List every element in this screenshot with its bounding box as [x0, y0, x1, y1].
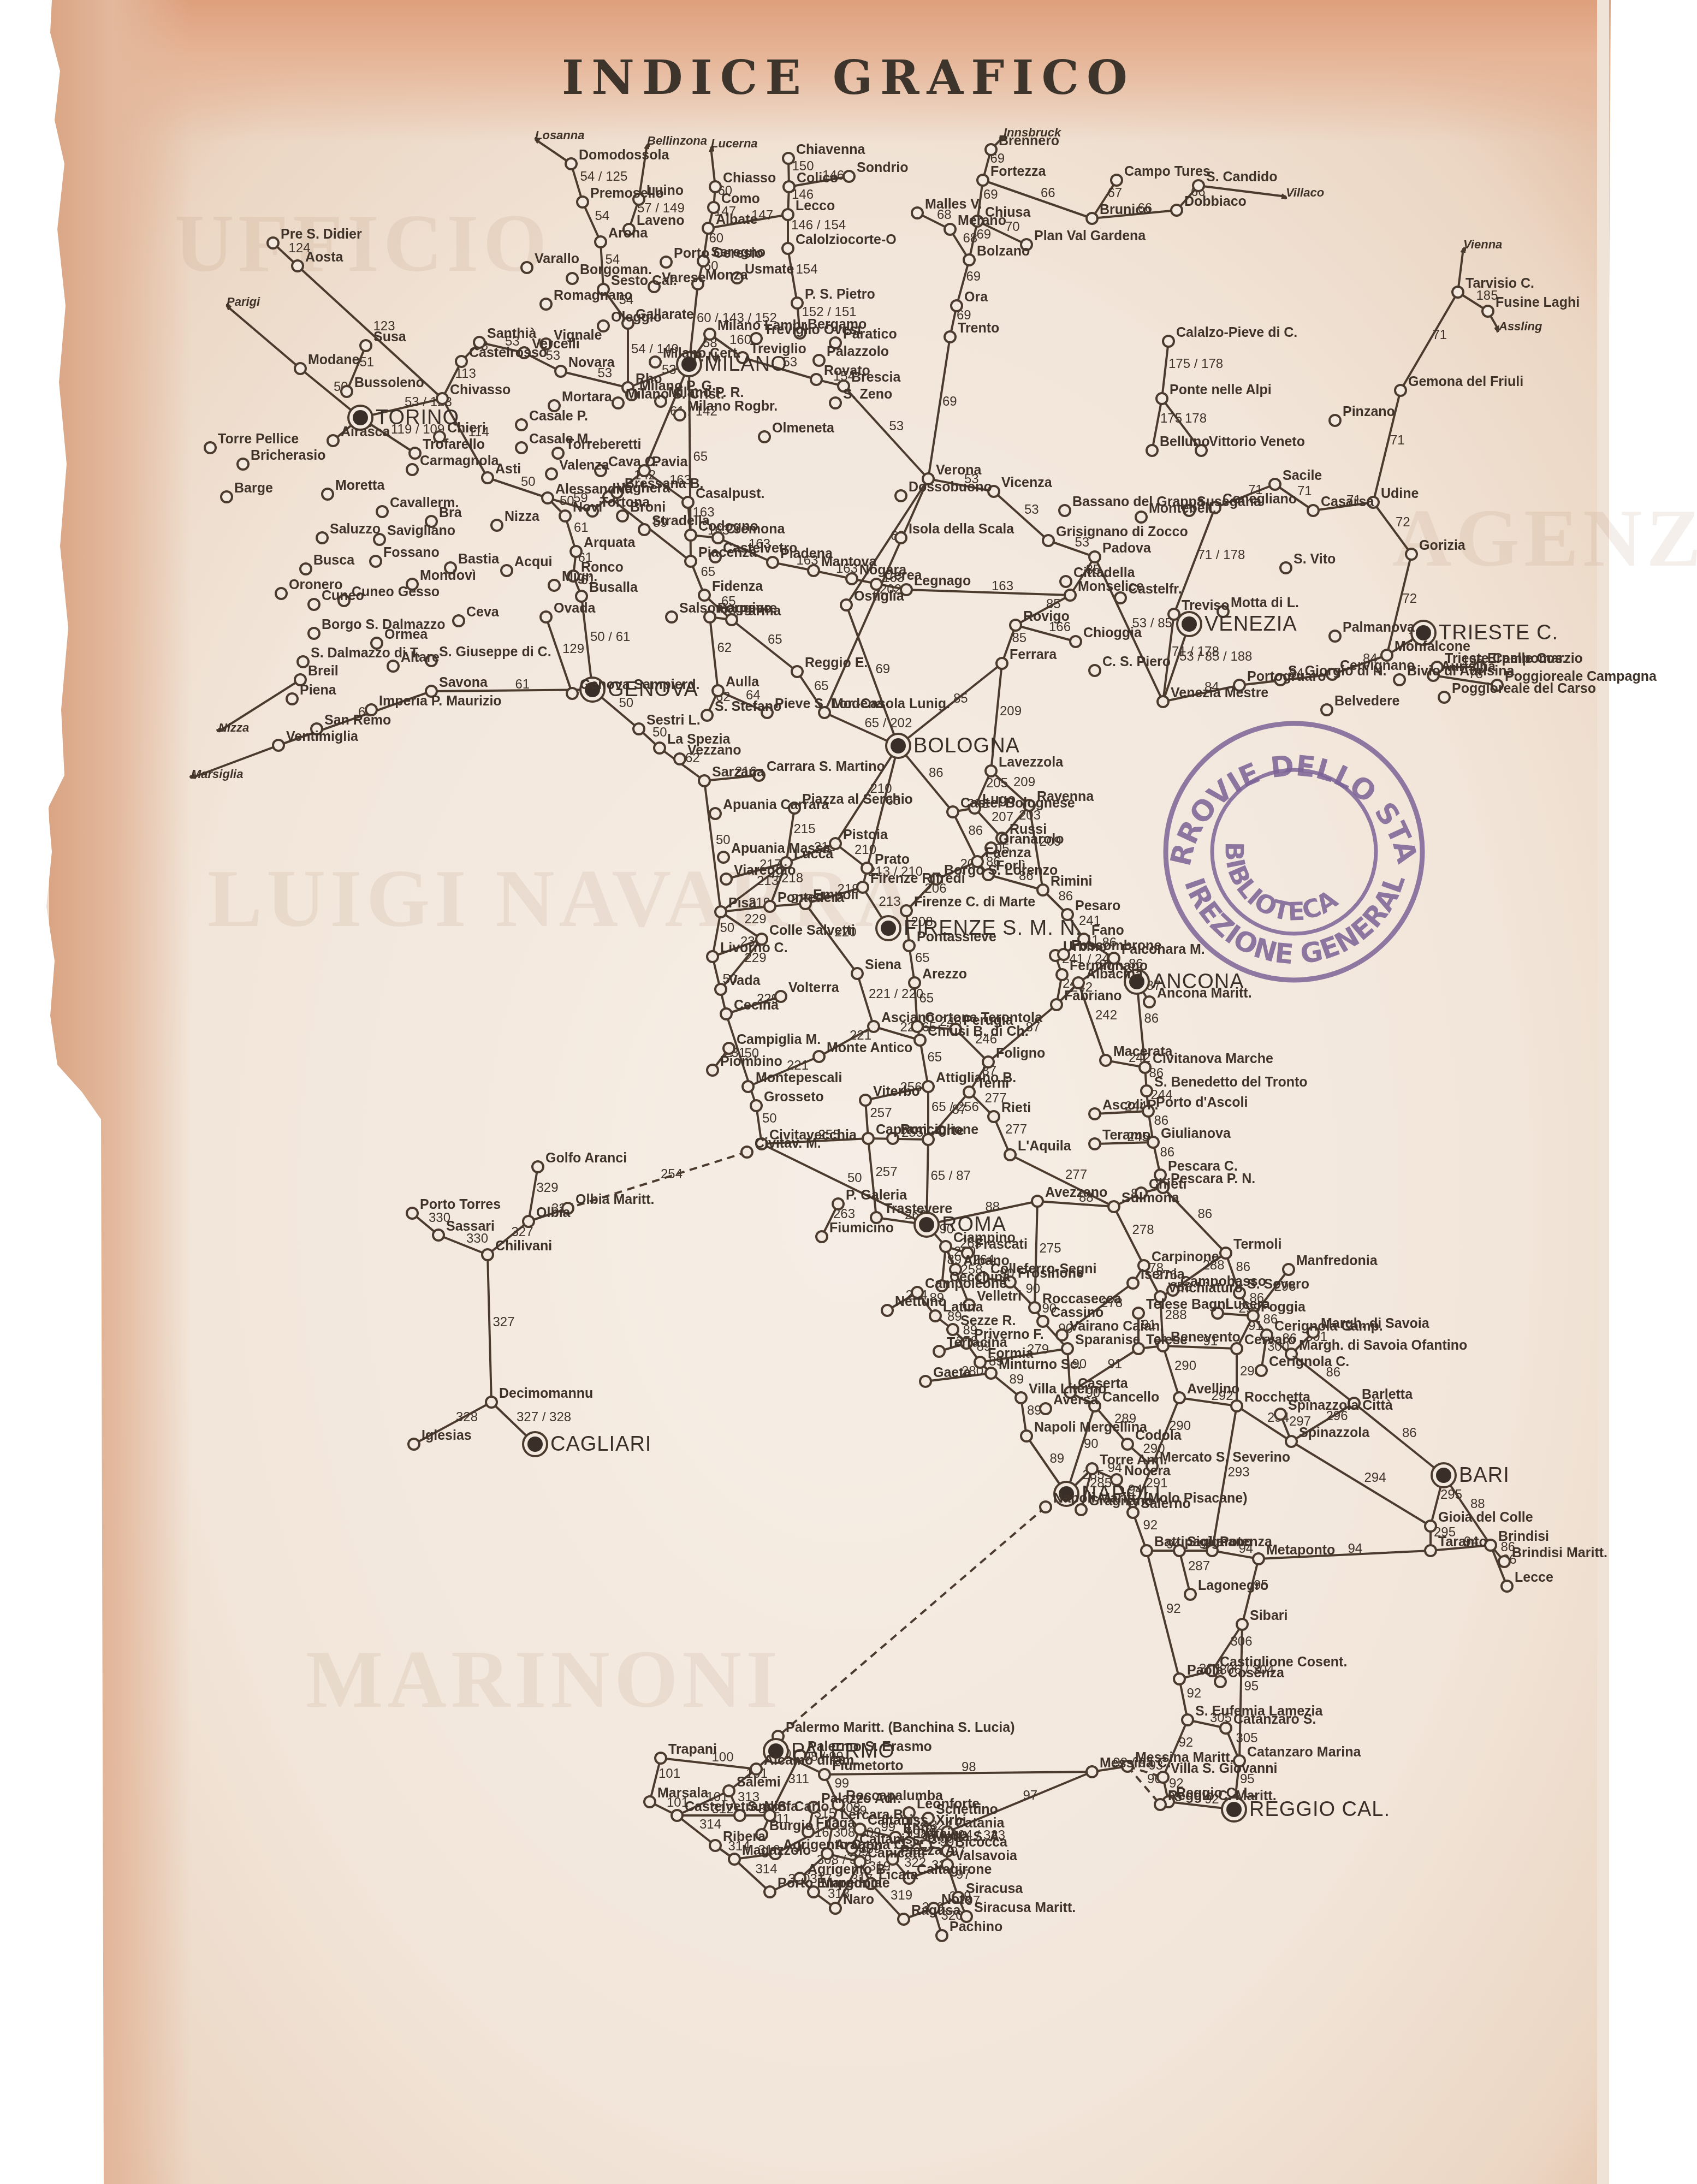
rail-line-spinazzola-gioia-del-colle	[1291, 1441, 1431, 1526]
station-node-termoli	[1220, 1248, 1231, 1259]
border-destination-label: Innsbruck	[1004, 126, 1062, 139]
station-node-pre-s-didier	[268, 238, 278, 248]
station-label: Frascati	[975, 1237, 1028, 1252]
line-number: 314	[756, 1862, 778, 1877]
line-number: 69	[942, 394, 957, 409]
station-node-foligno	[983, 1057, 994, 1067]
station-label: Venezia Mestre	[1171, 685, 1268, 701]
station-label: L'Aquila	[1018, 1138, 1072, 1154]
station-node-sezze-r	[947, 1324, 958, 1335]
station-label: Olbia	[536, 1205, 571, 1220]
station-label: Golfo Aranci	[545, 1150, 627, 1166]
line-number: 86	[1198, 1207, 1213, 1221]
station-node-piadena	[767, 557, 778, 568]
major-city-label-cagliari: CAGLIARI	[550, 1433, 651, 1456]
station-node-milano-s-crist	[613, 397, 624, 408]
station-label: Siracusa	[966, 1881, 1023, 1896]
line-number: 92	[1166, 1601, 1181, 1616]
station-label: Legnago	[914, 573, 971, 589]
station-label: Reggio E.	[805, 655, 868, 670]
station-node-napoli-maritt-molo-pisacane	[1040, 1501, 1051, 1512]
station-node-apuania-massa	[718, 852, 729, 863]
station-node-fossano	[370, 556, 381, 567]
line-number: 98	[962, 1760, 976, 1775]
station-label: Monza	[705, 268, 749, 283]
station-node-novi	[560, 511, 571, 521]
station-label: Fossombrone	[1071, 938, 1161, 953]
station-node-spinazzola-citt	[1275, 1409, 1286, 1420]
station-node-rovigo	[1010, 620, 1021, 631]
line-number: 50	[762, 1111, 777, 1126]
station-node-cerignola-c	[1256, 1365, 1267, 1376]
line-number: 275	[1040, 1241, 1061, 1256]
station-node-chivasso	[437, 393, 448, 404]
station-node-modane	[295, 363, 306, 374]
line-number: 72	[1396, 515, 1410, 530]
station-node-p-s-pietro	[792, 298, 803, 308]
station-node-formia	[975, 1357, 986, 1368]
station-node-naro	[830, 1903, 841, 1914]
station-node-l-aquila	[1005, 1149, 1016, 1160]
station-label: Barge	[234, 480, 273, 496]
station-label: Gemona del Friuli	[1408, 374, 1523, 389]
station-label: Palazzolo	[827, 344, 889, 359]
station-node-gaeta	[920, 1376, 931, 1387]
station-node-macerata	[1100, 1055, 1111, 1066]
station-node-cecina	[721, 1008, 732, 1019]
border-destination-label: Losanna	[535, 128, 584, 142]
station-label: Laveno	[637, 213, 685, 228]
station-label: Minturno Sc.	[999, 1357, 1081, 1372]
line-number: 70	[1005, 219, 1020, 234]
station-node-albate	[703, 223, 714, 234]
station-node-romagnano	[541, 299, 551, 310]
station-node-colico	[784, 181, 794, 192]
station-node-belvedere	[1321, 704, 1332, 715]
station-label: S. Stefano	[715, 699, 781, 714]
station-node-bassano-del-grappa	[1059, 505, 1070, 516]
station-label: Belvedere	[1334, 693, 1400, 709]
station-node-livorno-c	[707, 951, 718, 962]
station-label: Sezze R.	[960, 1313, 1016, 1328]
major-city-label-venezia: VENEZIA	[1204, 613, 1297, 636]
station-node-nizza	[491, 520, 502, 531]
station-label: Brindisi Maritt.	[1512, 1545, 1607, 1560]
station-node-iglesias	[408, 1439, 419, 1450]
border-destination-label: Vienna	[1463, 238, 1502, 251]
line-number: 67	[1108, 186, 1123, 200]
station-label: Vada	[728, 973, 761, 988]
station-node-bricherasio	[238, 459, 248, 470]
border-destination-label: Parigi	[227, 295, 260, 308]
station-label: Casale P.	[529, 408, 588, 424]
rail-line-asti-alessandria	[488, 478, 548, 498]
station-label: Prato	[875, 852, 910, 867]
station-node-valenza	[546, 468, 557, 479]
station-label: Borgo S. Lorenzo	[944, 863, 1058, 878]
station-label: Pisa	[728, 895, 757, 911]
station-node-chiusi-b-di-ch	[915, 1035, 925, 1046]
line-number: 88	[1470, 1497, 1485, 1511]
station-label: Rovigo	[1023, 609, 1070, 624]
line-number: 54 / 125	[580, 169, 628, 184]
station-node-venezia-mestre	[1158, 696, 1168, 707]
station-label: Motta di L.	[1231, 595, 1299, 610]
line-number: 61	[515, 677, 530, 692]
station-label: Pre S. Didier	[281, 227, 362, 242]
station-node-ascoli-p	[1089, 1108, 1100, 1119]
station-node-sibari	[1237, 1619, 1248, 1630]
station-label: Campo Tures	[1124, 164, 1211, 179]
station-node-civitav-m	[741, 1147, 752, 1158]
station-label: Foggia	[1261, 1299, 1306, 1315]
line-number: 213	[879, 894, 901, 909]
line-number: 294	[1364, 1470, 1386, 1485]
station-node-brindisi-maritt	[1499, 1556, 1510, 1567]
station-label: Porto d'Ascoli	[1156, 1095, 1248, 1110]
station-label: Termoli	[1233, 1237, 1281, 1252]
railway-network-map: 505153 / 123102119 / 1091231241135353535…	[0, 0, 1697, 2184]
station-node-premosello	[577, 197, 588, 207]
station-label: Foligno	[996, 1046, 1045, 1061]
station-label: Carrara S. Martino	[767, 759, 885, 774]
station-label: Brunico	[1100, 202, 1151, 217]
station-label: Naro	[843, 1892, 874, 1907]
major-city-label-ancona: ANCONA	[1152, 970, 1244, 993]
station-label: Udine	[1381, 486, 1419, 501]
station-node-apuania-carrara	[710, 808, 721, 819]
line-number: 277	[1005, 1122, 1027, 1137]
station-node-sulmona	[1108, 1201, 1119, 1212]
station-label: Vignale	[554, 328, 602, 343]
station-node-palmanova	[1330, 631, 1340, 642]
line-number: 229	[745, 912, 767, 927]
line-number: 277	[1065, 1167, 1087, 1182]
station-label: Albate	[716, 212, 758, 227]
station-node-fermignano	[1057, 969, 1067, 980]
station-label: Roccasecca	[1042, 1291, 1122, 1307]
station-node-arona	[595, 236, 606, 247]
station-label: Sestri L.	[646, 713, 701, 728]
station-node-pinzano	[1330, 415, 1340, 426]
station-label: Trento	[958, 321, 999, 336]
station-label: Catanzaro S.	[1233, 1712, 1316, 1727]
station-label: Frosinone	[1018, 1266, 1084, 1281]
station-node-magazzolo	[729, 1854, 740, 1865]
station-label: Campiglia M.	[737, 1032, 821, 1047]
major-city-label-bari: BARI	[1459, 1464, 1510, 1487]
station-label: Catania	[955, 1815, 1005, 1831]
station-node-pachino	[936, 1930, 947, 1941]
station-node-cuneo	[308, 599, 319, 610]
line-number: 290	[1174, 1358, 1196, 1373]
station-node-carmagnola	[407, 464, 418, 475]
line-number: 215	[794, 822, 816, 836]
station-label: Chivasso	[450, 382, 511, 397]
border-destination-label: Assling	[1498, 319, 1542, 333]
station-node-trofarello	[410, 448, 420, 459]
station-node-vairano-caian	[1057, 1330, 1067, 1340]
major-city-dot-icon	[353, 410, 368, 425]
station-node-dossobuono	[895, 490, 906, 501]
station-node-la-spezia	[654, 743, 665, 753]
station-label: Avellino	[1187, 1381, 1239, 1397]
station-label: Agrigento B.	[808, 1862, 889, 1877]
line-number: 54	[595, 209, 610, 223]
station-label: Bra	[439, 505, 462, 520]
station-label: Poggioreale del Carso	[1452, 681, 1596, 696]
station-node-firenze-rifredi	[857, 882, 868, 893]
station-label: Aosta	[305, 250, 344, 265]
station-node-c-s-piero	[1089, 665, 1100, 676]
station-node-reggio-e	[792, 666, 803, 677]
station-label: Gorizia	[1419, 538, 1466, 553]
station-label: Cerignola C.	[1269, 1354, 1349, 1369]
station-label: Chioggia	[1083, 625, 1142, 640]
station-node-fabriano	[1051, 999, 1062, 1010]
station-label: Pinzano	[1343, 404, 1395, 419]
station-label: Asti	[495, 461, 521, 477]
station-node-battipaglia	[1141, 1545, 1152, 1556]
station-label: Gioia del Colle	[1438, 1510, 1533, 1525]
station-node-pisa	[715, 906, 726, 917]
station-label: Iglesias	[422, 1428, 472, 1443]
line-number: 65	[768, 632, 782, 647]
station-node-albacina	[1073, 977, 1084, 988]
station-label: Cervaro	[1244, 1332, 1296, 1348]
station-label: Busca	[313, 553, 355, 568]
station-label: Vairano Caian.	[1070, 1319, 1164, 1334]
major-city-dot-icon	[1182, 616, 1197, 632]
station-label: Cittadella	[1073, 565, 1136, 580]
station-node-vezzano	[674, 753, 685, 764]
station-node-catanzaro-s	[1220, 1723, 1231, 1734]
station-label: Paola	[1187, 1663, 1224, 1678]
station-node-montepescali	[743, 1081, 753, 1092]
station-label: Bassano del Grappa	[1072, 494, 1205, 509]
station-label: Romagnano	[554, 288, 632, 303]
station-node-barge	[221, 491, 232, 502]
station-label: Olbia Maritt.	[575, 1192, 654, 1207]
station-label: Brescia	[851, 370, 901, 385]
station-label: Viareggio	[734, 863, 796, 878]
station-node-rimini	[1037, 885, 1048, 895]
station-label: Porto Torres	[420, 1197, 501, 1212]
station-label: Cervignano	[1340, 658, 1415, 673]
station-label: Parma	[739, 603, 782, 619]
station-label: Castelfr.	[1128, 581, 1182, 597]
station-node-ovada	[541, 612, 551, 622]
station-label: Palmanova	[1343, 620, 1415, 635]
station-label: Arquata	[584, 535, 636, 550]
line-number: 69	[977, 227, 992, 242]
station-node-manfredonia	[1283, 1264, 1294, 1275]
station-label: Piazza A.	[900, 1843, 959, 1858]
station-label: Broni	[630, 500, 666, 515]
line-number: 305	[1236, 1731, 1258, 1746]
station-label: Lucca	[794, 846, 834, 862]
station-label: Trapani	[668, 1742, 717, 1757]
station-label: Villa S. Giovanni	[1171, 1761, 1277, 1776]
line-number: 327	[493, 1315, 515, 1330]
station-node-codogno	[685, 530, 696, 541]
station-label: Codola	[1135, 1428, 1182, 1443]
station-label: Montepescali	[756, 1070, 842, 1085]
line-number: 69	[966, 269, 981, 284]
station-node-casale-p	[516, 419, 527, 430]
station-node-nettuno	[882, 1305, 893, 1316]
station-node-saluzzo	[317, 532, 328, 543]
station-node-milano-cert	[650, 357, 661, 367]
line-number: 53	[1024, 502, 1039, 517]
station-node-ribera	[710, 1840, 721, 1851]
station-label: Nizza	[505, 509, 540, 524]
station-label: Orte	[936, 1123, 964, 1138]
line-number: 129	[562, 642, 584, 656]
station-node-isola-della-scala	[895, 532, 906, 543]
station-label: Piazza al Serchio	[802, 792, 913, 807]
station-label: Fiumicino	[829, 1220, 894, 1236]
station-node-castelrosso	[456, 356, 467, 367]
station-label: Cassino	[1051, 1305, 1103, 1320]
station-label: Russi	[1010, 822, 1047, 837]
station-label: Colico	[797, 170, 838, 186]
border-destination-label: Lucerna	[711, 136, 758, 150]
station-node-mantova	[808, 565, 819, 576]
line-number: 94	[1348, 1541, 1363, 1556]
station-node-rieti	[988, 1111, 999, 1122]
station-label: Nocera	[1124, 1463, 1171, 1479]
station-label: Ribera	[723, 1829, 766, 1844]
line-number: 86	[1236, 1260, 1251, 1274]
station-label: Ponte nelle Alpi	[1170, 382, 1272, 397]
line-number: 178	[1185, 411, 1207, 426]
line-number: 50	[521, 474, 536, 489]
station-label: Susa	[373, 329, 407, 345]
line-number: 85	[953, 691, 968, 706]
station-label: Benevento	[1171, 1330, 1241, 1345]
station-label: Potenza	[1220, 1534, 1273, 1550]
station-label: Sacile	[1283, 468, 1322, 483]
station-node-genova-sampierd	[567, 688, 578, 699]
station-node-domodossola	[566, 158, 577, 169]
line-number: 175	[1160, 411, 1182, 426]
station-label: Ostiglia	[854, 589, 905, 604]
station-label: Santhià	[487, 326, 536, 341]
station-label: Pachino	[950, 1919, 1002, 1934]
station-label: Giulianova	[1161, 1126, 1231, 1141]
line-number: 71 / 178	[1198, 548, 1245, 562]
station-label: Perugia	[963, 1013, 1014, 1028]
station-label: S. Benedetto del Tronto	[1154, 1075, 1308, 1090]
line-number: 311	[788, 1772, 809, 1787]
station-label: Varese	[662, 270, 706, 286]
station-node-calolziocorte-o	[782, 243, 793, 254]
station-label: C. S. Piero	[1102, 654, 1171, 669]
station-node-brennero	[986, 144, 996, 155]
station-label: Valenza	[559, 458, 610, 473]
station-label: Cremona	[726, 521, 785, 537]
station-label: Verona	[936, 462, 982, 478]
station-node-viareggio	[721, 874, 732, 885]
line-number: 72	[1403, 591, 1417, 606]
major-city-label-firenze-s-m-n: FIRENZE S. M. N.	[904, 917, 1082, 940]
station-node-porto-empedocle	[764, 1886, 775, 1897]
line-number: 86	[1402, 1426, 1417, 1440]
line-number: 86	[1144, 1011, 1159, 1026]
station-label: Schettino	[936, 1802, 998, 1817]
station-label: Castel Bolognese	[960, 796, 1075, 811]
station-node-cerea	[871, 579, 882, 590]
station-node-cittadella	[1060, 576, 1071, 587]
station-label: S. Severo	[1247, 1277, 1309, 1292]
station-label: Modena	[832, 696, 885, 711]
station-node-sacile	[1269, 479, 1280, 490]
line-number: 327 / 328	[517, 1410, 571, 1425]
station-node-pontassieve	[904, 940, 915, 951]
station-node-s-benedetto-del-tronto	[1141, 1085, 1152, 1096]
station-node-aversa	[1040, 1403, 1051, 1414]
station-node-vada	[715, 984, 726, 995]
station-node-castelvetrano	[672, 1810, 683, 1821]
station-label: Luino	[646, 183, 684, 198]
station-node-ancona-maritt	[1144, 996, 1155, 1007]
station-node-ciampino	[940, 1241, 951, 1252]
station-node-chilivani	[482, 1249, 493, 1260]
station-node-lecce	[1502, 1581, 1512, 1592]
line-number: 257	[870, 1106, 892, 1120]
station-label: Ragusa	[911, 1903, 961, 1918]
line-number: 87	[952, 1102, 967, 1117]
station-node-marsala	[644, 1796, 655, 1807]
station-node-varallo	[521, 262, 532, 273]
station-label: Calolziocorte-O	[796, 232, 897, 247]
station-node-tarvisio-c	[1452, 287, 1463, 298]
station-node-s-eufemia-lamezia	[1182, 1714, 1193, 1725]
line-number: 95	[1244, 1679, 1259, 1694]
station-node-gragnano	[1076, 1504, 1087, 1515]
station-label: Pavia	[652, 454, 688, 470]
station-label: Siracusa Maritt.	[974, 1900, 1076, 1915]
line-number: 65	[701, 565, 716, 579]
line-number: 62	[717, 640, 732, 655]
station-label: Carpinone	[1152, 1249, 1219, 1265]
station-label: Chiasso	[723, 170, 776, 186]
major-city-label-trieste-c: TRIESTE C.	[1439, 621, 1558, 644]
station-node-fusine-laghi	[1482, 306, 1493, 317]
line-number: 51	[360, 355, 375, 370]
station-node-borgo-s-dalmazzo	[308, 628, 319, 639]
station-node-teramo	[1089, 1138, 1100, 1149]
station-label: Cancello	[1102, 1390, 1159, 1405]
station-label: Imperia P. Maurizio	[379, 693, 502, 709]
station-label: Altare	[401, 650, 440, 665]
station-node-decimomannu	[486, 1397, 497, 1408]
station-node-s-stefano	[702, 710, 713, 721]
station-label: Belluno	[1160, 434, 1210, 449]
station-label: Livorno C.	[720, 940, 788, 956]
line-number: 210	[855, 842, 876, 857]
line-number: 154	[796, 262, 818, 277]
station-label: Cava C.	[608, 454, 658, 470]
line-number: 92	[1143, 1518, 1158, 1533]
line-number: 65	[919, 991, 934, 1006]
station-node-arezzo	[909, 977, 920, 988]
station-node-airasca	[328, 435, 339, 446]
line-number: 314	[699, 1817, 721, 1832]
station-node-golfo-aranci	[532, 1161, 543, 1172]
station-node-sparanise	[1062, 1343, 1073, 1354]
